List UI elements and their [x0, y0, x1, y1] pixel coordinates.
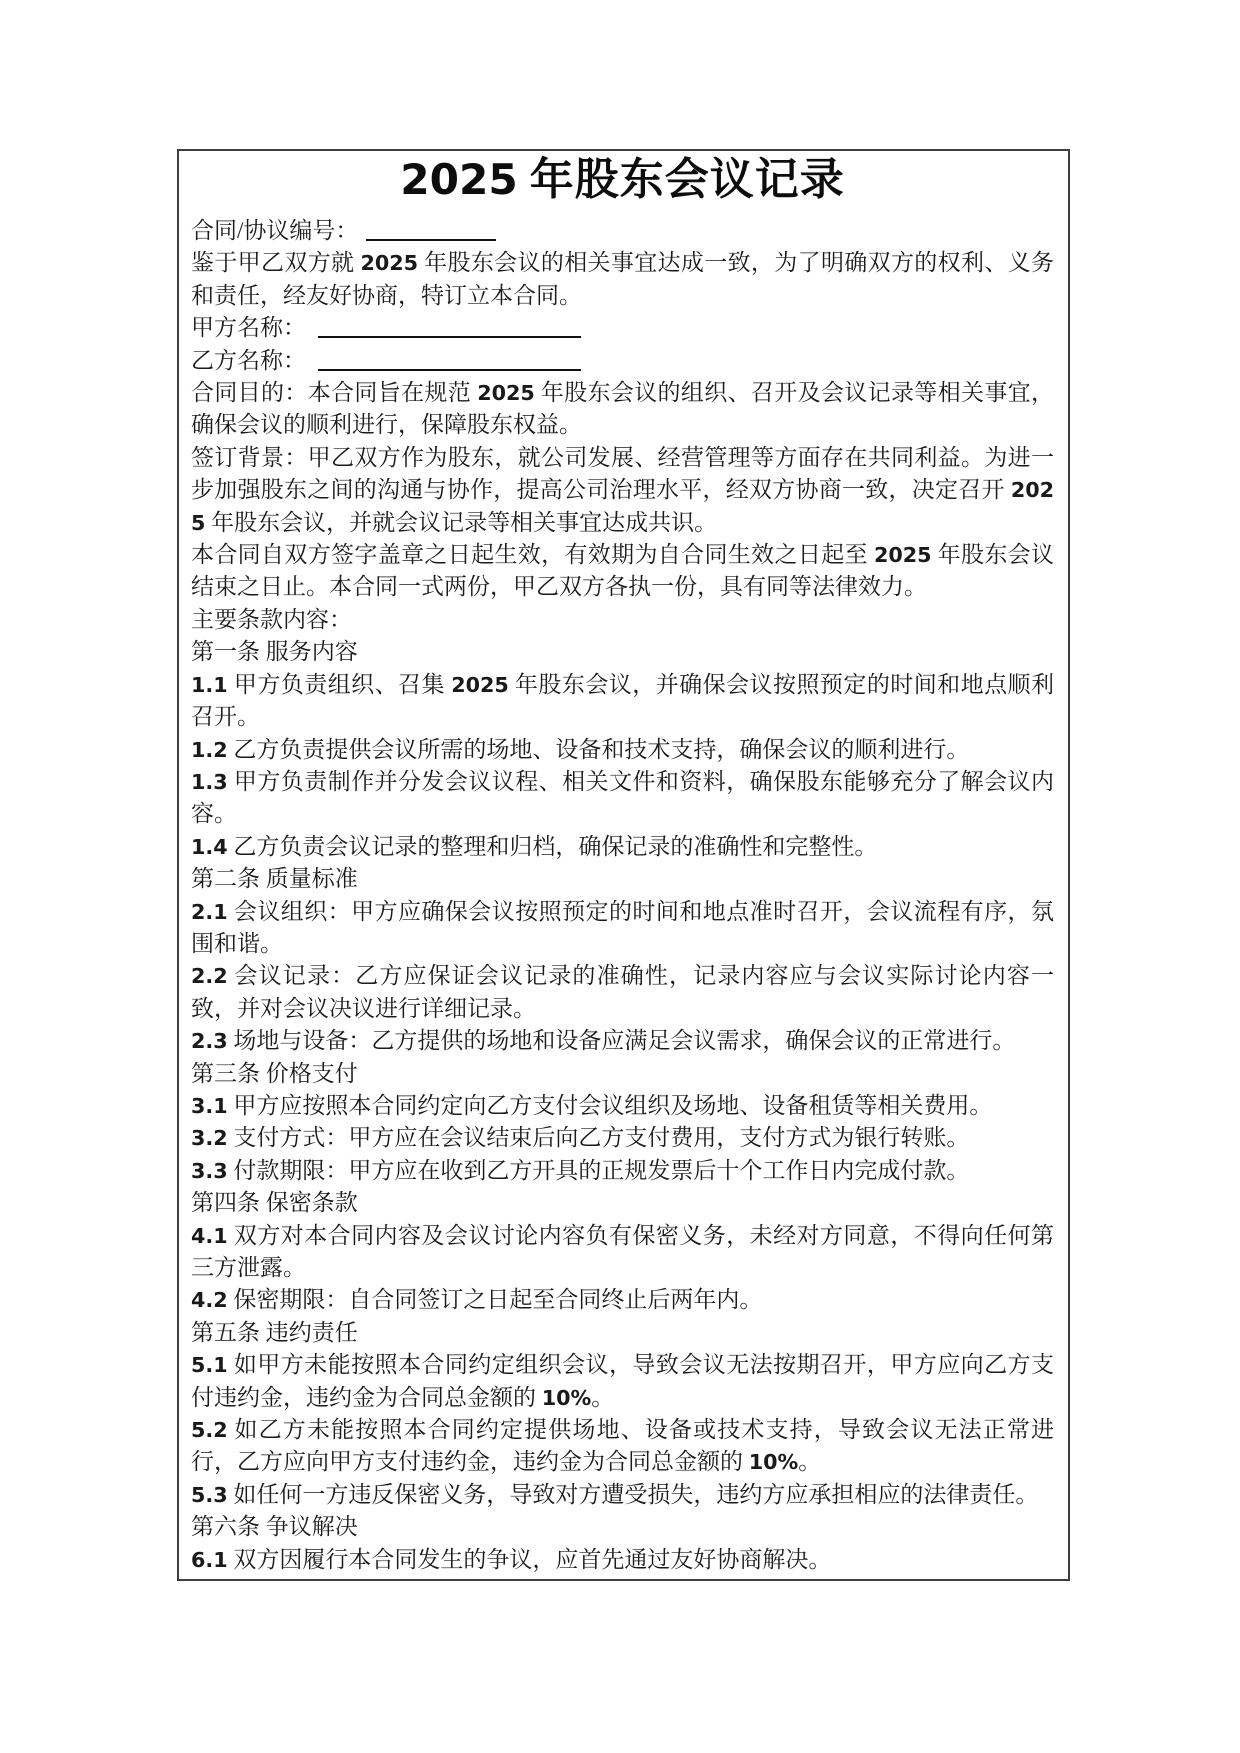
numeric-text: 3.2 [191, 1126, 228, 1150]
numeric-text: 1.3 [191, 770, 228, 794]
clause-1-1: 1.1 甲方负责组织、召集 2025 年股东会议，并确保会议按照预定的时间和地点… [191, 669, 1054, 734]
effectiveness-clause: 本合同自双方签字盖章之日起生效，有效期为自合同生效之日起至 2025 年股东会议… [191, 539, 1054, 604]
numeric-text: 2025 [400, 155, 518, 204]
clause-5-3: 5.3 如任何一方违反保密义务，导致对方遭受损失，违约方应承担相应的法律责任。 [191, 1479, 1054, 1511]
main-terms-label: 主要条款内容： [191, 604, 1054, 636]
numeric-text: 2025 [874, 543, 932, 567]
party-a-name-field: 甲方名称： [191, 312, 1054, 344]
numeric-text: 10% [542, 1386, 592, 1410]
numeric-text: 1.2 [191, 738, 228, 762]
clause-6-2: 6.2 协商不成的，任何一方均可向合同签订地人民法院提起诉讼。 [191, 1576, 1054, 1581]
numeric-text: 4.2 [191, 1288, 228, 1312]
contract-purpose: 合同目的：本合同旨在规范 2025 年股东会议的组织、召开及会议记录等相关事宜，… [191, 377, 1054, 442]
numeric-text: 2.3 [191, 1029, 228, 1053]
document-title: 2025 年股东会议记录 [191, 153, 1054, 207]
clause-1-heading: 第一条 服务内容 [191, 636, 1054, 668]
clause-2-2: 2.2 会议记录：乙方应保证会议记录的准确性，记录内容应与会议实际讨论内容一致，… [191, 960, 1054, 1025]
contract-number-field-label: 合同/协议编号： [191, 218, 358, 243]
document-body: 合同/协议编号：鉴于甲乙双方就 2025 年股东会议的相关事宜达成一致，为了明确… [191, 215, 1054, 1581]
numeric-text: 2.1 [191, 900, 228, 924]
clause-2-3: 2.3 场地与设备：乙方提供的场地和设备应满足会议需求，确保会议的正常进行。 [191, 1025, 1054, 1057]
numeric-text: 6.2 [191, 1580, 228, 1581]
clause-5-heading: 第五条 违约责任 [191, 1317, 1054, 1349]
page: { "document": { "title": "2025 年股东会议记录",… [0, 0, 1240, 1753]
clause-6-1: 6.1 双方因履行本合同发生的争议，应首先通过友好协商解决。 [191, 1544, 1054, 1576]
party-a-name-field-label: 甲方名称： [191, 315, 306, 340]
clause-3-heading: 第三条 价格支付 [191, 1058, 1054, 1090]
clause-1-3: 1.3 甲方负责制作并分发会议议程、相关文件和资料，确保股东能够充分了解会议内容… [191, 766, 1054, 831]
numeric-text: 5.2 [191, 1418, 228, 1442]
numeric-text: 6.1 [191, 1548, 228, 1572]
numeric-text: 2025 [360, 251, 418, 275]
numeric-text: 2025 [451, 673, 509, 697]
numeric-text: 2025 [477, 381, 535, 405]
numeric-text: 3.1 [191, 1094, 228, 1118]
signing-background: 签订背景：甲乙双方作为股东，就公司发展、经营管理等方面存在共同利益。为进一步加强… [191, 442, 1054, 539]
party-b-name-field-label: 乙方名称： [191, 348, 306, 373]
preamble: 鉴于甲乙双方就 2025 年股东会议的相关事宜达成一致，为了明确双方的权利、义务… [191, 247, 1054, 312]
numeric-text: 1.1 [191, 673, 228, 697]
party-a-name-field-blank-underline [318, 316, 581, 338]
party-b-name-field-blank-underline [318, 349, 581, 371]
contract-document: 2025 年股东会议记录 合同/协议编号：鉴于甲乙双方就 2025 年股东会议的… [177, 149, 1070, 1581]
numeric-text: 5.3 [191, 1483, 228, 1507]
party-b-name-field: 乙方名称： [191, 345, 1054, 377]
clause-4-heading: 第四条 保密条款 [191, 1187, 1054, 1219]
clause-3-2: 3.2 支付方式：甲方应在会议结束后向乙方支付费用，支付方式为银行转账。 [191, 1122, 1054, 1154]
contract-number-field-blank-underline [366, 219, 496, 241]
clause-1-4: 1.4 乙方负责会议记录的整理和归档，确保记录的准确性和完整性。 [191, 831, 1054, 863]
numeric-text: 2025 [191, 478, 1054, 534]
page-background: 2025 年股东会议记录 合同/协议编号：鉴于甲乙双方就 2025 年股东会议的… [0, 0, 1240, 1753]
numeric-text: 1.4 [191, 835, 228, 859]
contract-number-field: 合同/协议编号： [191, 215, 1054, 247]
clause-5-1: 5.1 如甲方未能按照本合同约定组织会议，导致会议无法按期召开，甲方应向乙方支付… [191, 1349, 1054, 1414]
clause-1-2: 1.2 乙方负责提供会议所需的场地、设备和技术支持，确保会议的顺利进行。 [191, 734, 1054, 766]
clause-2-heading: 第二条 质量标准 [191, 863, 1054, 895]
numeric-text: 10% [749, 1450, 799, 1474]
numeric-text: 5.1 [191, 1353, 228, 1377]
clause-4-2: 4.2 保密期限：自合同签订之日起至合同终止后两年内。 [191, 1284, 1054, 1316]
numeric-text: 4.1 [191, 1224, 228, 1248]
numeric-text: 3.3 [191, 1159, 228, 1183]
clause-2-1: 2.1 会议组织：甲方应确保会议按照预定的时间和地点准时召开，会议流程有序，氛围… [191, 896, 1054, 961]
clause-3-3: 3.3 付款期限：甲方应在收到乙方开具的正规发票后十个工作日内完成付款。 [191, 1155, 1054, 1187]
clause-5-2: 5.2 如乙方未能按照本合同约定提供场地、设备或技术支持，导致会议无法正常进行，… [191, 1414, 1054, 1479]
clause-4-1: 4.1 双方对本合同内容及会议讨论内容负有保密义务，未经对方同意，不得向任何第三… [191, 1220, 1054, 1285]
clause-3-1: 3.1 甲方应按照本合同约定向乙方支付会议组织及场地、设备租赁等相关费用。 [191, 1090, 1054, 1122]
numeric-text: 2.2 [191, 964, 228, 988]
clause-6-heading: 第六条 争议解决 [191, 1511, 1054, 1543]
